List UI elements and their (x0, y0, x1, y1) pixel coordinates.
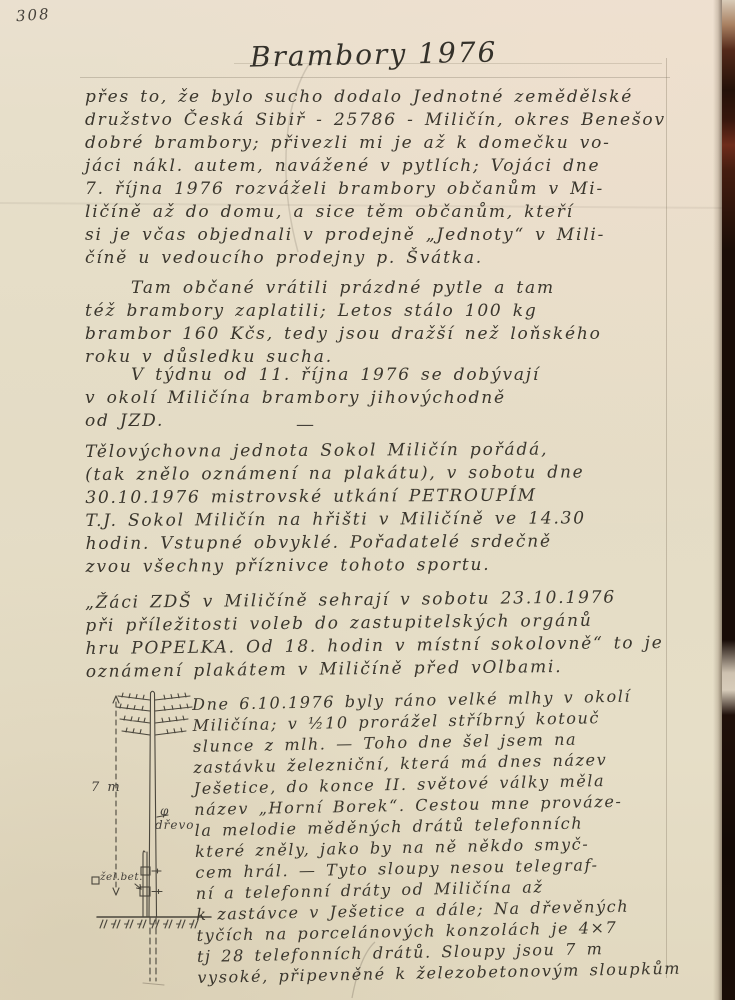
handwritten-line: též brambory zaplatili; Letos stálo 100 … (85, 300, 677, 323)
paragraph-fog-and-railway: Dne 6.10.1976 byly ráno velké mlhy v oko… (192, 684, 718, 988)
handwritten-line: v okolí Miličína brambory jihovýchodně (85, 387, 677, 410)
handwritten-line: Tam občané vrátili prázdné pytle a tam (85, 277, 677, 300)
handwritten-line: V týdnu od 11. října 1976 se dobývají (85, 364, 677, 387)
paragraph-harvest-week: V týdnu od 11. října 1976 se dobývajív o… (85, 364, 677, 433)
pole-height-label: 7 m (91, 780, 122, 795)
book-edge (722, 0, 735, 1000)
pencil-rule-top (80, 77, 670, 78)
handwritten-line: přes to, že bylo sucho dodalo Jednotné z… (85, 86, 677, 109)
handwritten-line: Tělovýchovna jednota Sokol Miličín pořád… (85, 438, 677, 464)
handwritten-line: od JZD. (85, 410, 677, 433)
handwritten-line: 7. října 1976 rozváželi brambory občanům… (85, 178, 677, 201)
paragraph-potato-payment: Tam občané vrátili prázdné pytle a tamté… (85, 277, 677, 369)
handwritten-line: (tak znělo oznámení na plakátu), v sobot… (85, 461, 677, 487)
handwritten-line: jáci nákl. autem, navážené v pytlích; Vo… (85, 155, 677, 178)
page-title: Brambory 1976 (250, 35, 498, 73)
handwritten-line: brambor 160 Kčs, tedy jsou dražší než lo… (85, 323, 677, 346)
pole-diameter-symbol: φ (160, 804, 168, 818)
pole-material-label: dřevo (155, 818, 195, 832)
handwritten-line: družstvo Česká Sibiř - 25786 - Miličín, … (85, 109, 677, 132)
manuscript-page: 308 Brambory 1976 přes to, že bylo sucho… (0, 0, 735, 1000)
paragraph-sokol-match: Tělovýchovna jednota Sokol Miličín pořád… (85, 438, 678, 579)
handwritten-line: dobré brambory; přivezli mi je až k dome… (85, 132, 677, 155)
handwritten-line: T.J. Sokol Miličín na hřišti v Miličíně … (85, 507, 677, 533)
handwritten-line: číně u vedoucího prodejny p. Švátka. (85, 247, 677, 270)
page-number: 308 (15, 5, 51, 25)
pole-base-label: žel.bet. (100, 871, 143, 883)
handwritten-line: si je včas objednali v prodejně „Jednoty… (85, 224, 677, 247)
handwritten-line: hodin. Vstupné obvyklé. Pořadatelé srdeč… (85, 530, 677, 556)
paragraph-school-play: „Žáci ZDŠ v Miličíně sehrají v sobotu 23… (85, 586, 678, 684)
book-edge-shadow (713, 0, 722, 1000)
paragraph-potato-delivery: přes to, že bylo sucho dodalo Jednotné z… (85, 86, 677, 270)
handwritten-line: ličíně až do domu, a sice těm občanům, k… (85, 201, 677, 224)
handwritten-line: zvou všechny příznivce tohoto sportu. (86, 553, 678, 579)
section-divider-dash: — (296, 414, 314, 435)
handwritten-line: oznámení plakátem v Miličíně před vOlbam… (86, 655, 678, 684)
handwritten-line: 30.10.1976 mistrovské utkání PETROUPÍM (85, 484, 677, 510)
